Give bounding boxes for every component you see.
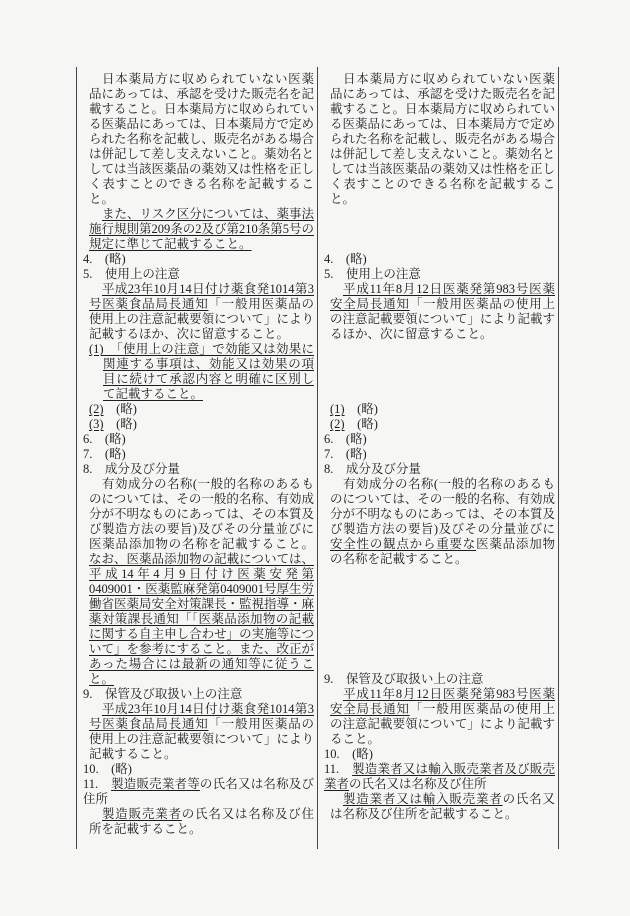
list-item: 11. 製造業者又は輸入販売業者及び販売業者の氏名又は名称及び住所 (324, 762, 555, 792)
paragraph: 有効成分の名称(一般的名称のあるものについては、その一般的名称、有効成分が不明な… (330, 477, 555, 567)
underlined-text: また、リスク区分については、薬事法施行規則第209条の2及び第210条第5号の規… (89, 207, 314, 251)
text-segment: の氏名又は名称及び住所 (349, 777, 487, 791)
underlined-text: (1) 「使用上の注意」で効能又は効果に関連する事項は、効能又は効果の項目に続け… (89, 342, 314, 401)
sub-list-item: (1) (略) (330, 402, 555, 417)
sub-list-item: (1) 「使用上の注意」で効能又は効果に関連する事項は、効能又は効果の項目に続け… (89, 342, 314, 402)
text-segment: 4. (略) (324, 252, 367, 266)
underlined-text: (2) (330, 417, 345, 431)
text-segment: (略) (345, 402, 378, 416)
text-segment: 有効成分の名称(一般的名称のあるものについては、その一般的名称、有効成分が不明な… (89, 477, 314, 551)
paragraph: 日本薬局方に収められていない医薬品にあっては、承認を受けた販売名を記載すること。… (330, 72, 555, 207)
text-segment: 日本薬局方に収められていない医薬品にあっては、承認を受けた販売名を記載すること。… (89, 72, 314, 206)
sub-list-item: (2) (略) (89, 402, 314, 417)
underlined-text: 製造販売業者等 (111, 777, 200, 791)
text-segment: (略) (104, 417, 137, 431)
underlined-text: (3) (89, 417, 104, 431)
list-item: 11. 製造販売業者等の氏名又は名称及び住所 (83, 777, 314, 807)
paragraph: 平成11年8月12日医薬発第983号医薬安全局長通知「一般用医薬品の使用上の注意… (330, 282, 555, 342)
text-segment: 5. 使用上の注意 (324, 267, 421, 281)
list-item: 6. (略) (83, 432, 314, 447)
paragraph: 製造販売業者の氏名又は名称及び住所を記載すること。 (89, 807, 314, 837)
underlined-text: 製造販売業者 (102, 807, 182, 821)
text-segment: 10. (略) (83, 762, 132, 776)
underlined-text: 安全性の観点から重要な (330, 537, 476, 551)
list-item: 7. (略) (83, 447, 314, 462)
list-item: 9. 保管及び取扱い上の注意 (324, 672, 555, 687)
sub-list-item: (3) (略) (89, 417, 314, 432)
underlined-text: なお、医薬品添加物の記載については、平成14年4月9日付け医薬安発第040900… (89, 552, 314, 686)
text-segment: 10. (略) (324, 747, 373, 761)
spacer (324, 207, 555, 252)
text-segment: 9. 保管及び取扱い上の注意 (324, 672, 483, 686)
text-segment: 7. (略) (83, 447, 126, 461)
list-item: 8. 成分及び分量 (324, 462, 555, 477)
list-item: 10. (略) (324, 747, 555, 762)
list-item: 7. (略) (324, 447, 555, 462)
text-segment: 6. (略) (324, 432, 367, 446)
list-item: 8. 成分及び分量 (83, 462, 314, 477)
text-segment: 8. 成分及び分量 (324, 462, 421, 476)
text-segment: 4. (略) (83, 252, 126, 266)
sub-list-item: (2) (略) (330, 417, 555, 432)
text-segment: 有効成分の名称(一般的名称のあるものについては、その一般的名称、有効成分が不明な… (330, 477, 555, 536)
list-item: 10. (略) (83, 762, 314, 777)
text-segment: 11. (83, 777, 111, 791)
list-item: 4. (略) (324, 252, 555, 267)
paragraph: 平成23年10月14日付け薬食発1014第3号医薬食品局長通知「一般用医薬品の使… (89, 282, 314, 342)
paragraph: 製造業者又は輸入販売業者の氏名又は名称及び住所を記載すること。 (330, 792, 555, 822)
list-item: 5. 使用上の注意 (83, 267, 314, 282)
paragraph: 平成11年8月12日医薬発第983号医薬安全局長通知「一般用医薬品の使用上の注意… (330, 687, 555, 747)
list-item: 9. 保管及び取扱い上の注意 (83, 687, 314, 702)
paragraph: 日本薬局方に収められていない医薬品にあっては、承認を受けた販売名を記載すること。… (89, 72, 314, 207)
paragraph: 有効成分の名称(一般的名称のあるものについては、その一般的名称、有効成分が不明な… (89, 477, 314, 687)
list-item: 6. (略) (324, 432, 555, 447)
text-segment: 日本薬局方に収められていない医薬品にあっては、承認を受けた販売名を記載すること。… (330, 72, 555, 206)
list-item: 5. 使用上の注意 (324, 267, 555, 282)
spacer (324, 567, 555, 672)
paragraph: 平成23年10月14日付け薬食発1014第3号医薬食品局長通知「一般用医薬品の使… (89, 702, 314, 762)
underlined-text: (2) (89, 402, 104, 416)
spacer (324, 342, 555, 402)
paragraph: また、リスク区分については、薬事法施行規則第209条の2及び第210条第5号の規… (89, 207, 314, 252)
text-segment: 5. 使用上の注意 (83, 267, 180, 281)
text-segment: 7. (略) (324, 447, 367, 461)
comparison-table: 日本薬局方に収められていない医薬品にあっては、承認を受けた販売名を記載すること。… (76, 67, 559, 849)
text-segment: 11. (324, 762, 352, 776)
text-segment: 8. 成分及び分量 (83, 462, 180, 476)
column-left: 日本薬局方に収められていない医薬品にあっては、承認を受けた販売名を記載すること。… (76, 67, 317, 849)
column-right: 日本薬局方に収められていない医薬品にあっては、承認を受けた販売名を記載すること。… (317, 67, 559, 849)
document-page: 日本薬局方に収められていない医薬品にあっては、承認を受けた販売名を記載すること。… (0, 0, 630, 916)
underlined-text: 製造業者又は輸入販売業者 (343, 792, 503, 806)
list-item: 4. (略) (83, 252, 314, 267)
text-segment: (略) (104, 402, 137, 416)
text-segment: 9. 保管及び取扱い上の注意 (83, 687, 242, 701)
underlined-text: (1) (330, 402, 345, 416)
text-segment: 6. (略) (83, 432, 126, 446)
text-segment: (略) (345, 417, 378, 431)
